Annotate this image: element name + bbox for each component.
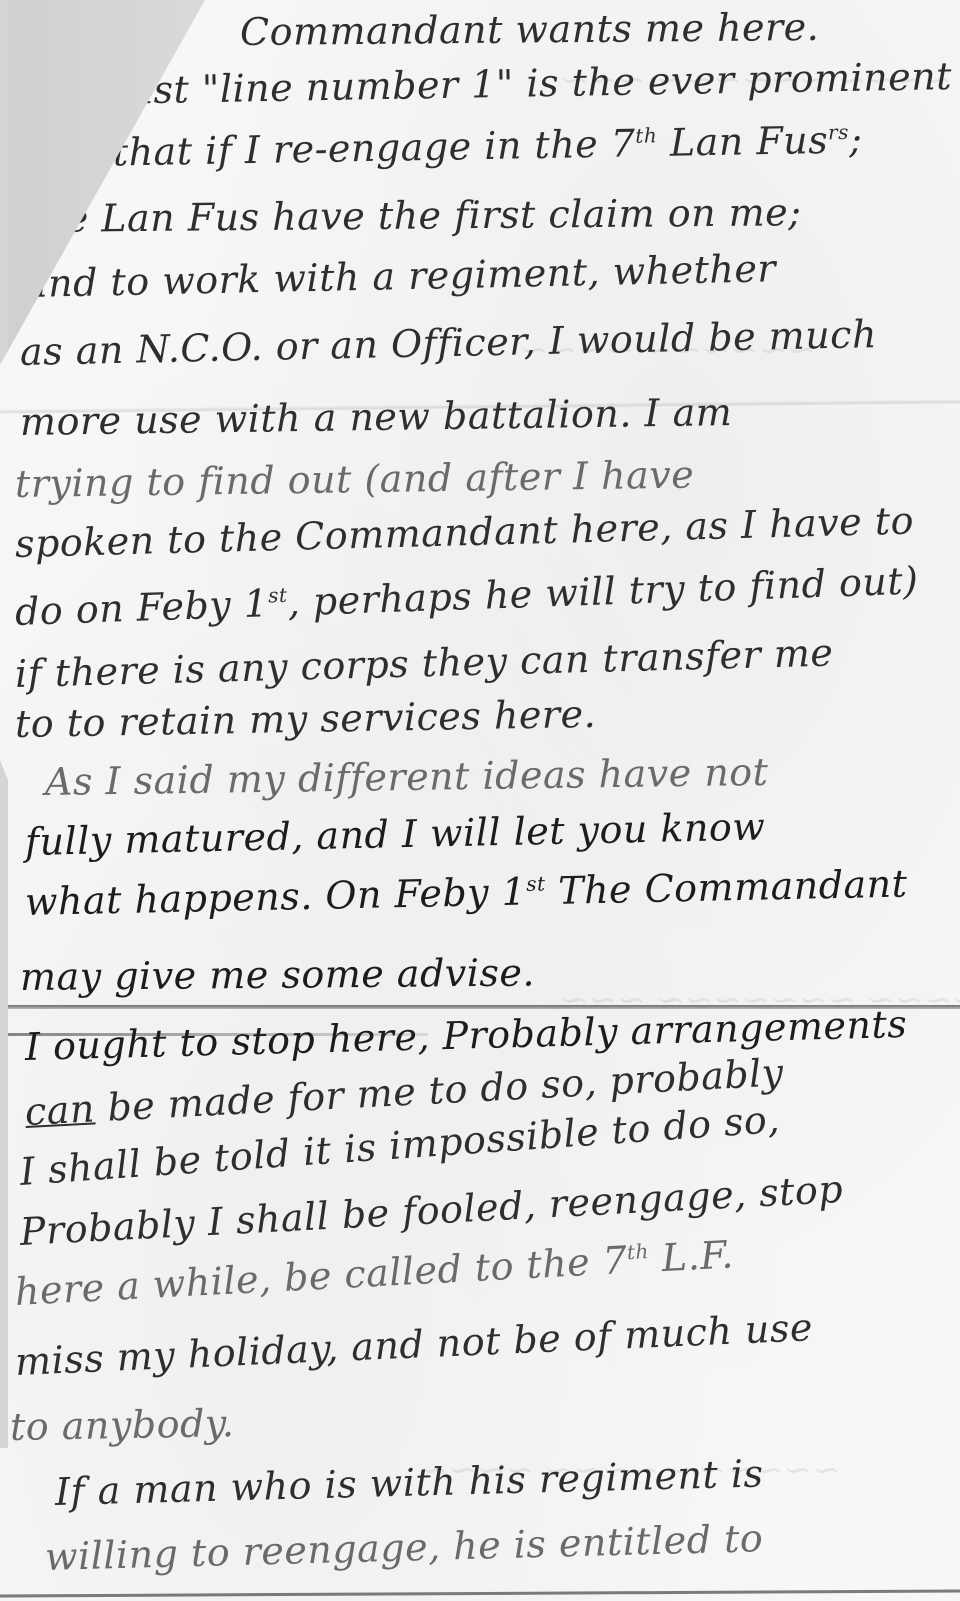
line-text: If a man who is with his regiment is bbox=[54, 1451, 764, 1514]
superscript: st bbox=[268, 583, 288, 608]
line-text: do on Feby 1 bbox=[14, 581, 269, 634]
letter-line: As I said my different ideas have not bbox=[45, 750, 769, 804]
line-text: The Commandant bbox=[545, 862, 908, 914]
line-text: , perhaps he will try to find out) bbox=[287, 558, 919, 624]
line-text: as an N.C.O. or an Officer, I would be m… bbox=[20, 312, 878, 374]
line-text: may give me some advise. bbox=[20, 951, 535, 999]
emphasized-word: can bbox=[24, 1086, 96, 1134]
line-text: what happens. On Feby 1 bbox=[25, 870, 527, 924]
letter-line: to anybody. bbox=[10, 1401, 235, 1449]
letter-line: Against "line number 1" is the ever prom… bbox=[40, 54, 953, 114]
line-text: to anybody. bbox=[10, 1401, 235, 1449]
line-text: L.F. bbox=[648, 1232, 735, 1280]
line-text: to to retain my services here. bbox=[15, 692, 597, 746]
line-text: more use with a new battalion. I am bbox=[20, 390, 733, 444]
letter-line: fully matured, and I will let you know bbox=[25, 804, 766, 863]
line-text: willing to reengage, he is entitled to bbox=[44, 1516, 763, 1579]
letter-line: if there is any corps they can transfer … bbox=[14, 631, 833, 696]
paper-bottom-edge bbox=[0, 1589, 960, 1597]
line-text: fully matured, and I will let you know bbox=[25, 804, 766, 863]
line-text: Lan Fus bbox=[657, 118, 829, 165]
line-text: As I said my different ideas have not bbox=[45, 750, 769, 804]
line-text: the Lan Fus have the first claim on me; bbox=[25, 190, 802, 241]
letter-line: trying to find out (and after I have bbox=[15, 453, 695, 506]
letter-line: and to work with a regiment, whether bbox=[25, 246, 777, 306]
letter-line: spoken to the Commandant here, as I have… bbox=[14, 498, 914, 566]
line-text: and to work with a regiment, whether bbox=[25, 246, 777, 306]
line-text: if there is any corps they can transfer … bbox=[14, 631, 833, 696]
line-text: trying to find out (and after I have bbox=[15, 453, 695, 506]
letter-line: may give me some advise. bbox=[20, 951, 535, 999]
superscript: th bbox=[626, 1239, 649, 1264]
letter-line: do on Feby 1st, perhaps he will try to f… bbox=[14, 558, 919, 634]
superscript: rs bbox=[828, 120, 849, 144]
letter-line: miss my holiday, and not be of much use bbox=[14, 1305, 814, 1384]
superscript: st bbox=[526, 871, 546, 895]
letter-page: ~~~~ ~~~~~~ ~~~ ~~~~~~ ~~~~ ~~~~ ~~~~~~~… bbox=[0, 0, 960, 1601]
letter-line: fact that if I re-engage in the 7th Lan … bbox=[25, 117, 863, 176]
letter-line: as an N.C.O. or an Officer, I would be m… bbox=[20, 312, 878, 374]
line-text: spoken to the Commandant here, as I have… bbox=[14, 498, 914, 566]
line-text: miss my holiday, and not be of much use bbox=[14, 1305, 814, 1384]
letter-line: Commandant wants me here. bbox=[240, 5, 820, 54]
letter-line: more use with a new battalion. I am bbox=[20, 390, 733, 444]
letter-line: to to retain my services here. bbox=[15, 692, 597, 746]
letter-line: what happens. On Feby 1st The Commandant bbox=[25, 862, 908, 924]
letter-line: the Lan Fus have the first claim on me; bbox=[25, 190, 802, 241]
line-text: Against "line number 1" is the ever prom… bbox=[40, 54, 953, 114]
letter-line: If a man who is with his regiment is bbox=[54, 1451, 764, 1514]
superscript: th bbox=[635, 123, 657, 147]
line-text: Commandant wants me here. bbox=[240, 5, 820, 54]
letter-line: willing to reengage, he is entitled to bbox=[44, 1516, 763, 1579]
line-text: ; bbox=[849, 117, 863, 161]
